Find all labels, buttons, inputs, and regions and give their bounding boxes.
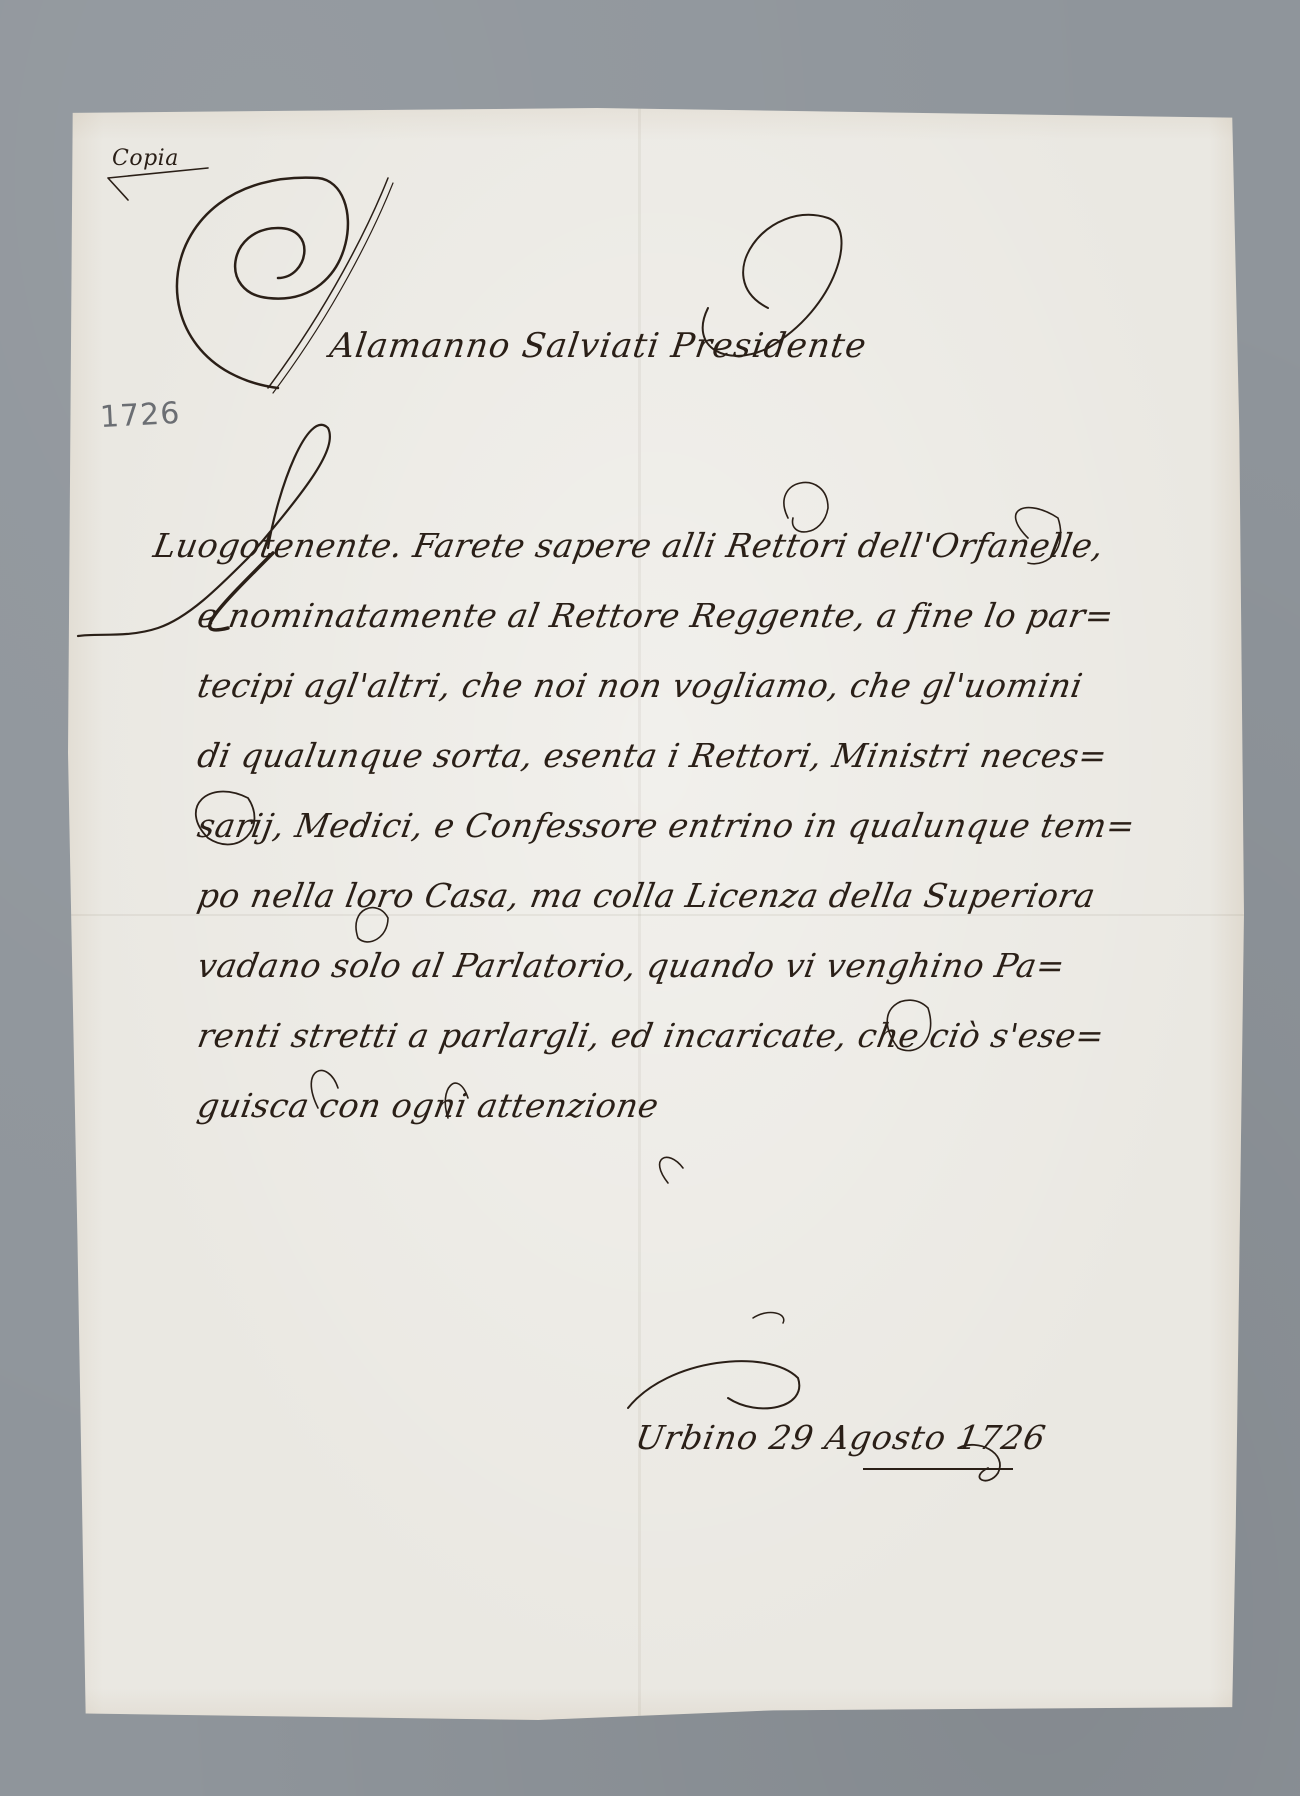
body-line-2: e nominatamente al Rettore Reggente, a f… bbox=[195, 596, 1117, 635]
body-line-4: di qualunque sorta, esenta i Rettori, Mi… bbox=[195, 736, 1111, 775]
letter-address: Alamanno Salviati Presidente bbox=[327, 326, 869, 366]
body-line-8: renti stretti a parlargli, ed incaricate… bbox=[195, 1016, 1108, 1055]
body-line-9: guisca con ogni attenzione bbox=[195, 1086, 662, 1125]
letter-sheet: Copia 1726 Alamanno Salviati Presidente … bbox=[68, 108, 1244, 1720]
copy-mark: Copia bbox=[112, 146, 179, 171]
date-underline bbox=[863, 1468, 1013, 1470]
body-line-5: sarij, Medici, e Confessore entrino in q… bbox=[195, 806, 1139, 845]
body-line-6: po nella loro Casa, ma colla Licenza del… bbox=[195, 876, 1099, 915]
body-line-3: tecipi agl'altri, che noi non vogliamo, … bbox=[195, 666, 1086, 705]
closing-place-date: Urbino 29 Agosto 1726 bbox=[633, 1418, 1050, 1457]
pencil-year-annotation: 1726 bbox=[99, 396, 181, 435]
body-line-1: Luogotenente. Farete sapere alli Rettori… bbox=[151, 526, 1107, 565]
body-line-7: vadano solo al Parlatorio, quando vi ven… bbox=[195, 946, 1069, 985]
